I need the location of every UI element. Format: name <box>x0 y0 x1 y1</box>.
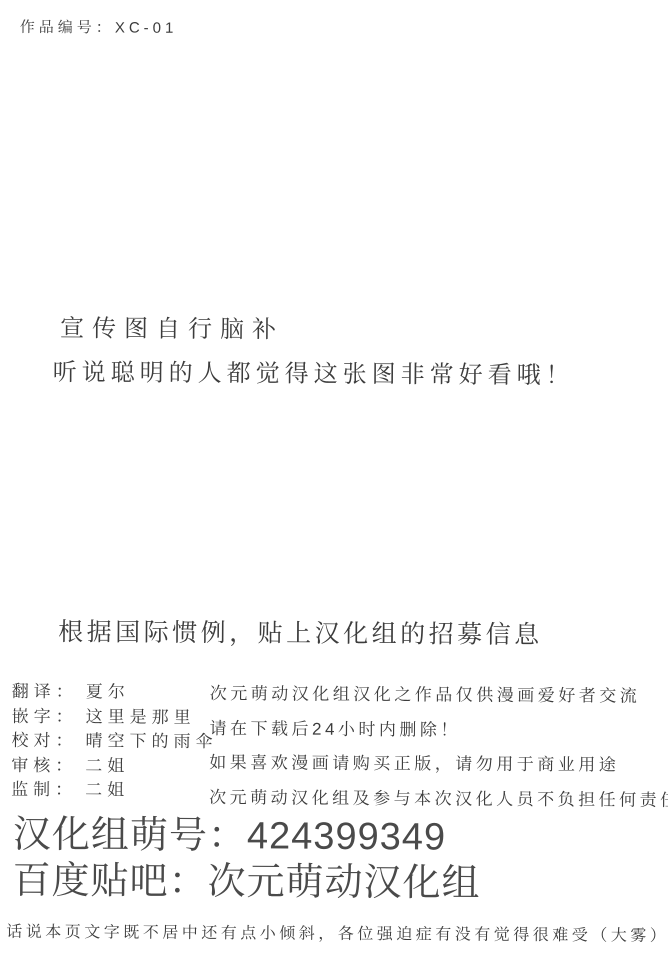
credit-colon: ： <box>55 756 77 775</box>
credit-name: 二姐 <box>85 756 129 775</box>
promo-note-line-2: 听说聪明的人都觉得这张图非常好看哦！ <box>53 352 575 390</box>
contact-qq-label: 汉化组萌号： <box>13 814 247 857</box>
footer-note: 话说本页文字既不居中还有点小倾斜，各位强迫症有没有觉得很难受（大雾） <box>6 919 668 946</box>
work-id-value: XC-01 <box>115 19 178 36</box>
contact-tieba-line: 百度贴吧：次元萌动汉化组 <box>12 858 480 907</box>
disclaimer-line-3: 如果喜欢漫画请购买正版，请勿用于商业用途 <box>209 746 668 783</box>
credit-name: 晴空下的雨伞 <box>85 731 217 751</box>
contact-tieba-label: 百度贴吧： <box>12 860 207 903</box>
contact-tieba-name: 次元萌动汉化组 <box>208 861 481 905</box>
credit-row-proofreader: 校对：晴空下的雨伞 <box>11 729 217 755</box>
credit-role: 审核 <box>11 755 55 774</box>
credit-row-typesetter: 嵌字：这里是那里 <box>12 704 218 730</box>
credit-colon: ： <box>55 731 77 750</box>
credits-page: 作品编号：XC-01 宣传图自行脑补 听说聪明的人都觉得这张图非常好看哦！ 根据… <box>0 0 668 960</box>
disclaimer-line-4: 次元萌动汉化组及参与本次汉化人员不负担任何责任 <box>209 781 668 818</box>
credit-row-supervisor: 监制：二姐 <box>11 778 217 804</box>
credit-row-reviewer: 审核：二姐 <box>11 753 217 779</box>
contact-qq-line: 汉化组萌号：424399349 <box>13 812 481 861</box>
credit-colon: ： <box>56 707 78 726</box>
credit-role: 监制 <box>11 780 55 799</box>
disclaimer-block: 次元萌动汉化组汉化之作品仅供漫画爱好者交流 请在下载后24小时内删除！ 如果喜欢… <box>209 677 668 818</box>
credit-name: 夏尔 <box>86 682 130 701</box>
recruit-heading: 根据国际惯例，贴上汉化组的招募信息 <box>58 612 543 651</box>
credit-colon: ： <box>56 682 78 701</box>
disclaimer-line-1: 次元萌动汉化组汉化之作品仅供漫画爱好者交流 <box>210 677 668 714</box>
work-id-label: 作品编号： <box>20 19 115 37</box>
credit-role: 嵌字 <box>12 706 56 725</box>
credit-colon: ： <box>55 780 77 799</box>
credits-list: 翻译：夏尔 嵌字：这里是那里 校对：晴空下的雨伞 审核：二姐 监制：二姐 <box>11 680 218 804</box>
credit-name: 二姐 <box>85 780 129 799</box>
disclaimer-line-2: 请在下载后24小时内删除！ <box>209 712 668 749</box>
work-id: 作品编号：XC-01 <box>20 16 178 38</box>
credit-row-translator: 翻译：夏尔 <box>12 680 218 706</box>
credit-name: 这里是那里 <box>86 707 196 727</box>
contact-block: 汉化组萌号：424399349 百度贴吧：次元萌动汉化组 <box>12 812 481 907</box>
promo-note-line-1: 宣传图自行脑补 <box>60 308 284 344</box>
tilted-content: 作品编号：XC-01 宣传图自行脑补 听说聪明的人都觉得这张图非常好看哦！ 根据… <box>0 0 668 960</box>
credit-role: 翻译 <box>12 682 56 701</box>
contact-qq-number: 424399349 <box>247 815 446 858</box>
credit-role: 校对 <box>11 731 55 750</box>
